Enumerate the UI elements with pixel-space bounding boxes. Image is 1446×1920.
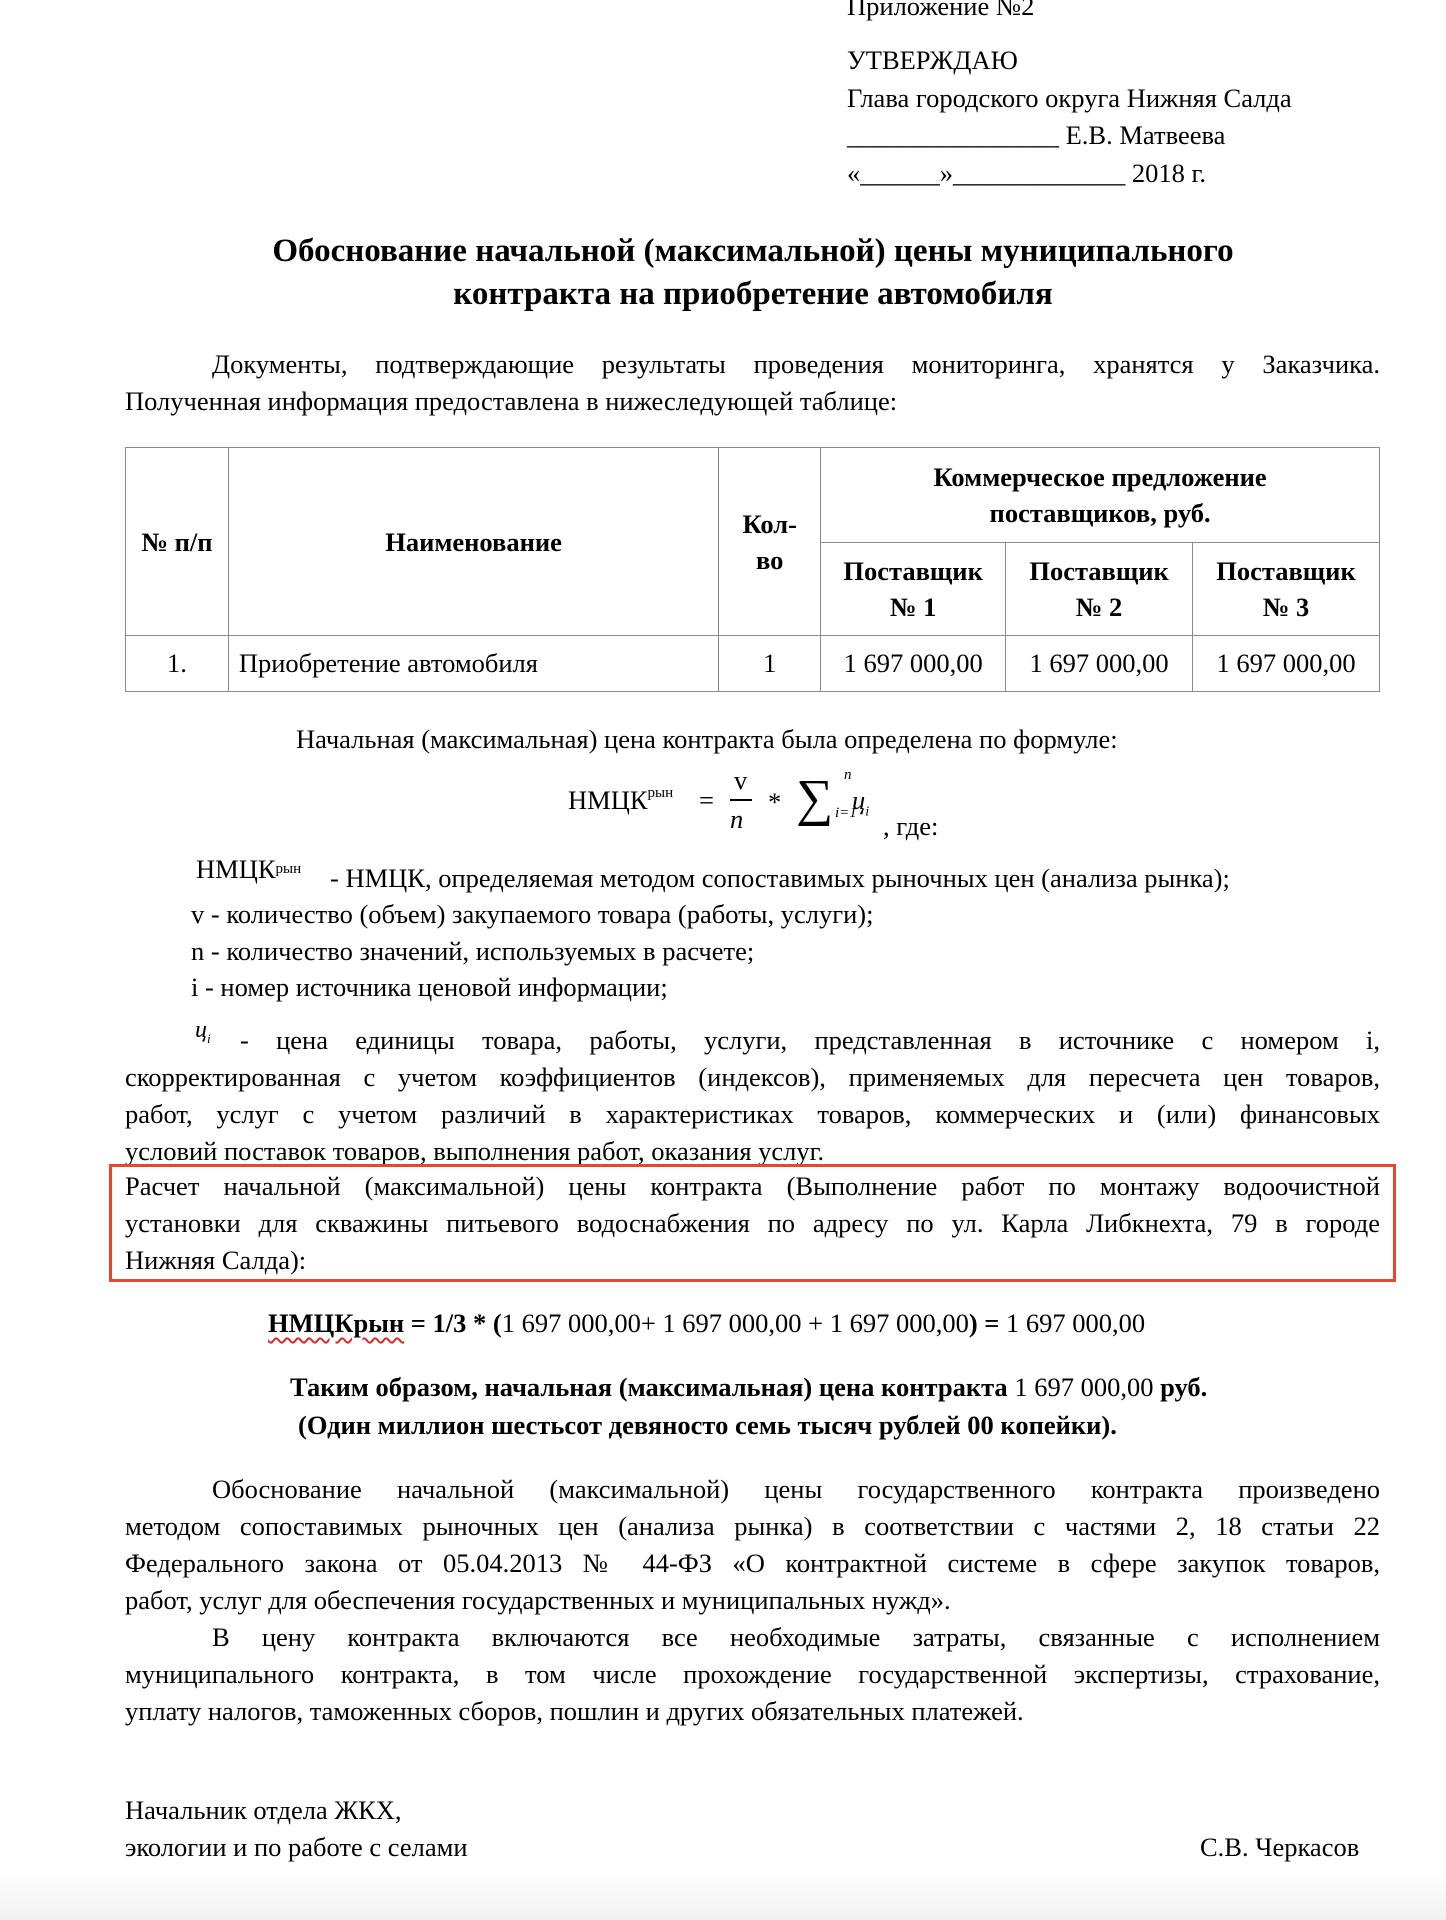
header-number: № п/п — [126, 448, 229, 636]
justification-p1-line-4: работ, услуг для обеспечения государстве… — [125, 1582, 951, 1619]
definition-v: v - количество (объем) закупаемого товар… — [191, 896, 873, 933]
sigma-upper-limit: n — [844, 767, 852, 784]
header-commercial-offer-line-2: поставщиков, руб. — [827, 495, 1373, 531]
conclusion-line-1: Таким образом, начальная (максимальная) … — [290, 1369, 1207, 1406]
intro-line-2: Полученная информация предоставлена в ни… — [125, 383, 897, 420]
formula-term: цi — [852, 785, 869, 820]
highlight-line-3: Нижняя Салда): — [125, 1242, 306, 1279]
highlight-line-2: установки для скважины питьевого водосна… — [125, 1205, 1380, 1242]
row-price-supplier-3: 1 697 000,00 — [1193, 636, 1380, 692]
formula-denominator: n — [730, 804, 743, 835]
supplier-price-table: № п/п Наименование Кол- во Коммерческое … — [125, 447, 1380, 692]
calculation-label: НМЦКрын — [268, 1308, 404, 1338]
definition-c-symbol: цi — [195, 1012, 211, 1057]
justification-p1-line-1: Обоснование начальной (максимальной) цен… — [212, 1471, 1380, 1508]
justification-p1-line-3: Федерального закона от 05.04.2013 № 44-Ф… — [125, 1545, 1380, 1582]
header-supplier-2-line-2: № 2 — [1012, 589, 1186, 625]
calculation-result: 1 697 000,00 — [1006, 1308, 1145, 1338]
c-symbol: ц — [195, 1017, 207, 1043]
justification-p2-line-1: В цену контракта включаются все необходи… — [212, 1619, 1380, 1656]
fraction-bar — [730, 799, 752, 801]
formula-intro: Начальная (максимальная) цена контракта … — [296, 721, 1118, 758]
row-name: Приобретение автомобиля — [228, 636, 718, 692]
header-supplier-1-line-1: Поставщик — [827, 553, 999, 589]
row-price-supplier-2: 1 697 000,00 — [1006, 636, 1193, 692]
header-supplier-3-line-2: № 3 — [1199, 589, 1373, 625]
formula-term-sub: i — [865, 804, 869, 819]
formula-lhs-sup: рын — [648, 785, 674, 801]
conclusion-text: Таким образом, начальная (максимальная) … — [290, 1372, 1014, 1402]
table-row: 1. Приобретение автомобиля 1 1 697 000,0… — [126, 636, 1380, 692]
approve-heading: УТВЕРЖДАЮ — [847, 42, 1018, 79]
header-supplier-3: Поставщик № 3 — [1193, 543, 1380, 636]
justification-p2-line-3: уплату налогов, таможенных сборов, пошли… — [125, 1693, 1024, 1730]
conclusion-line-2: (Один миллион шестьсот девяносто семь ты… — [298, 1407, 1117, 1444]
header-commercial-offer-line-1: Коммерческое предложение — [827, 459, 1373, 495]
header-quantity-line-2: во — [725, 542, 814, 578]
row-price-supplier-1: 1 697 000,00 — [821, 636, 1006, 692]
intro-line-1: Документы, подтверждающие результаты про… — [212, 346, 1380, 383]
appendix-label: Приложение №2 — [847, 0, 1034, 25]
definition-nmck: - НМЦК, определяемая методом сопоставимы… — [330, 860, 1230, 897]
sigma-icon: ∑ — [796, 769, 833, 828]
definition-c-line-3: работ, услуг с учетом различий в характе… — [125, 1096, 1380, 1133]
formula-numerator: v — [734, 765, 747, 796]
header-supplier-2-line-1: Поставщик — [1012, 553, 1186, 589]
signatory-position-line-1: Начальник отдела ЖКХ, — [125, 1792, 402, 1829]
formula-equals: = — [699, 785, 714, 816]
signatory-position-line-2: экологии и по работе с селами — [125, 1829, 468, 1866]
formula-lhs: НМЦКрын — [568, 785, 673, 816]
formula-multiply: * — [768, 787, 781, 818]
calculation-equals: ) = — [969, 1308, 1006, 1338]
signatory-name: С.В. Черкасов — [1200, 1829, 1359, 1866]
justification-p1-line-2: методом сопоставимых рыночных цен (анали… — [125, 1508, 1380, 1545]
definition-nmck-symbol: НМЦКрын — [196, 851, 301, 888]
page-bottom-shade — [0, 1870, 1446, 1920]
nmck-sup: рын — [276, 861, 302, 877]
calculation-line: НМЦКрын = 1/3 * (1 697 000,00+ 1 697 000… — [268, 1305, 1145, 1342]
header-quantity: Кол- во — [719, 448, 821, 636]
formula-suffix: , где: — [883, 811, 938, 842]
header-supplier-1-line-2: № 1 — [827, 589, 999, 625]
approval-date-line: «______»_____________ 2018 г. — [847, 155, 1206, 192]
header-name: Наименование — [228, 448, 718, 636]
header-supplier-1: Поставщик № 1 — [821, 543, 1006, 636]
header-commercial-offer: Коммерческое предложение поставщиков, ру… — [821, 448, 1380, 543]
highlight-line-1: Расчет начальной (максимальной) цены кон… — [125, 1168, 1380, 1205]
row-quantity: 1 — [719, 636, 821, 692]
conclusion-value: 1 697 000,00 — [1014, 1372, 1153, 1402]
definition-n: n - количество значений, используемых в … — [191, 933, 754, 970]
document-title-line-1: Обоснование начальной (максимальной) цен… — [0, 230, 1446, 272]
header-supplier-3-line-1: Поставщик — [1199, 553, 1373, 589]
document-title-line-2: контракта на приобретение автомобиля — [0, 273, 1446, 315]
justification-p2-line-2: муниципального контракта, в том числе пр… — [125, 1656, 1380, 1693]
formula-lhs-text: НМЦК — [568, 785, 648, 815]
definition-c-line-2: скорректированная с учетом коэффициентов… — [125, 1059, 1380, 1096]
conclusion-unit: руб. — [1153, 1372, 1207, 1402]
header-supplier-2: Поставщик № 2 — [1006, 543, 1193, 636]
calculation-values: 1 697 000,00+ 1 697 000,00 + 1 697 000,0… — [502, 1308, 969, 1338]
calculation-operator: = 1/3 * ( — [404, 1308, 502, 1338]
nmck-symbol: НМЦК — [196, 854, 276, 884]
c-sub: i — [207, 1031, 211, 1046]
definition-c-line-1: - цена единицы товара, работы, услуги, п… — [240, 1022, 1380, 1059]
approver-signature-line: ________________ Е.В. Матвеева — [847, 117, 1225, 154]
definition-i: i - номер источника ценовой информации; — [191, 969, 668, 1006]
row-number: 1. — [126, 636, 229, 692]
formula-term-symbol: ц — [852, 785, 865, 815]
approver-position: Глава городского округа Нижняя Салда — [847, 80, 1292, 117]
header-quantity-line-1: Кол- — [725, 506, 814, 542]
